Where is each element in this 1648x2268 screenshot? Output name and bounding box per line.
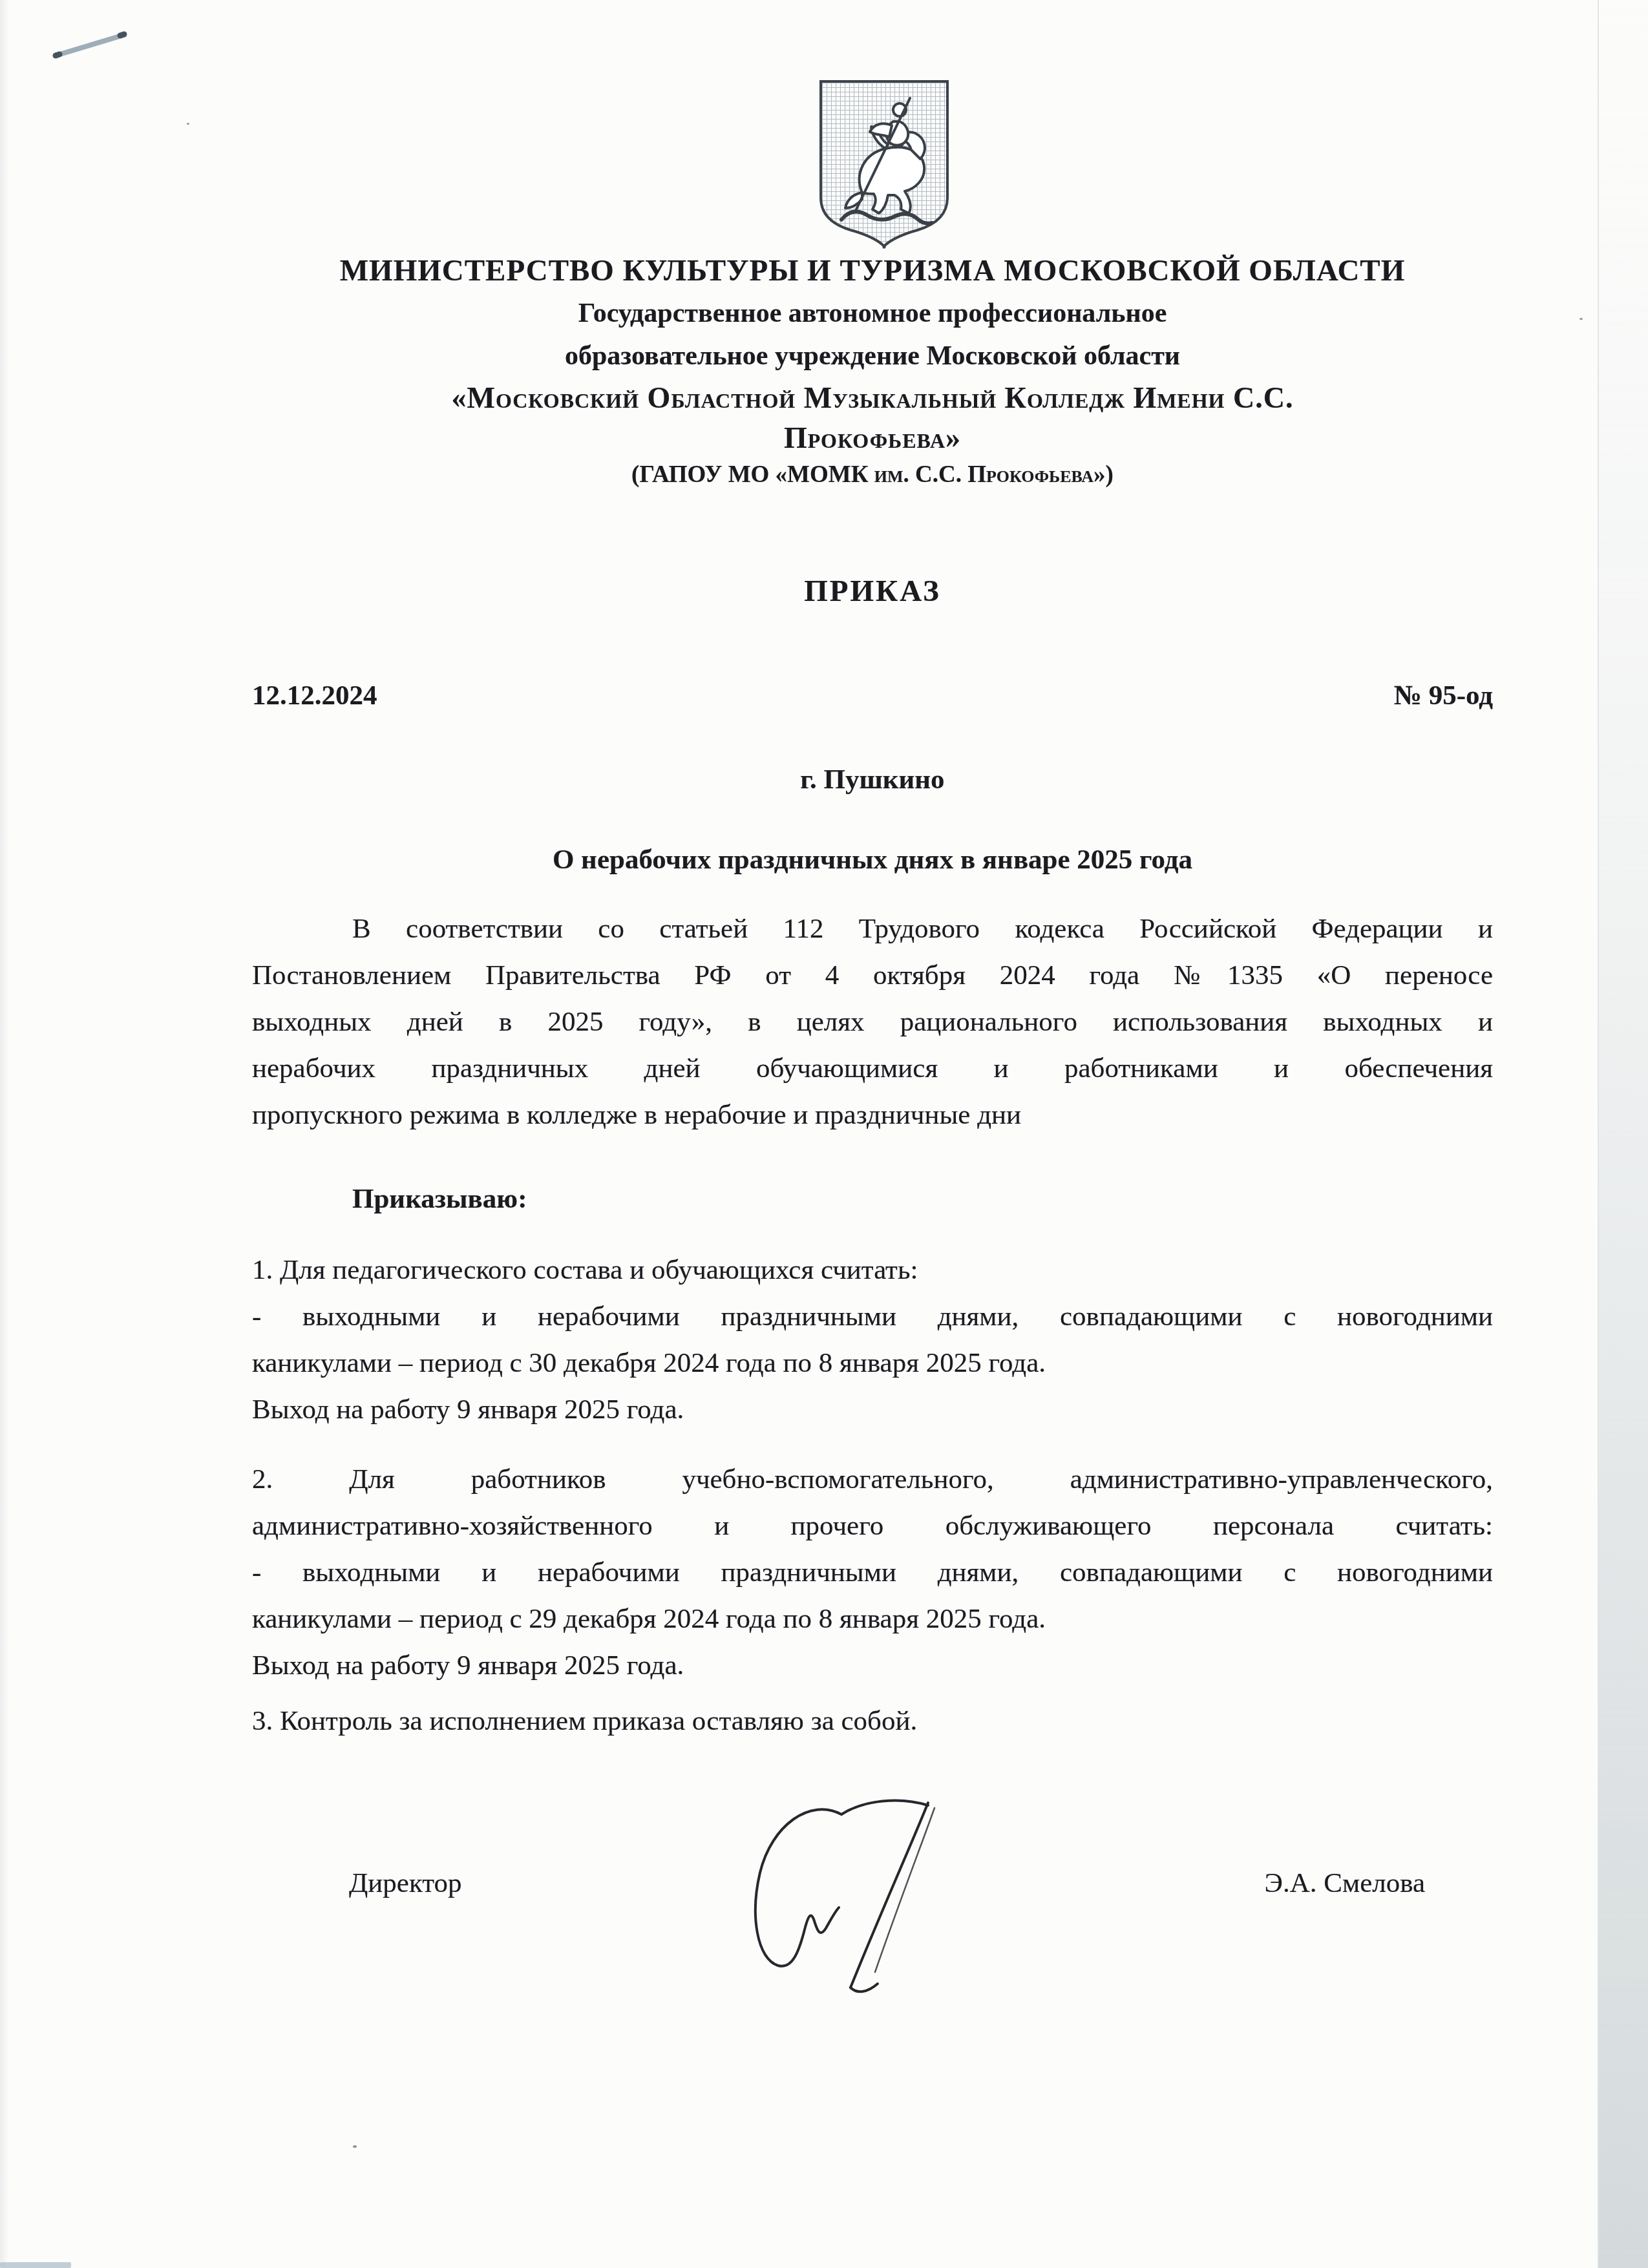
signer-role: Директор <box>252 1867 461 1899</box>
paragraph-line: - выходными и нерабочими праздничными дн… <box>252 1294 1493 1340</box>
paragraph-line: нерабочих праздничных дней обучающимися … <box>252 1045 1493 1092</box>
paragraph-line: 1. Для педагогического состава и обучающ… <box>252 1247 1493 1294</box>
scan-edge-bottom <box>0 2262 71 2268</box>
paragraph-line: Выход на работу 9 января 2025 года. <box>252 1643 1493 1689</box>
college-name-line2: Прокофьева» <box>252 421 1493 455</box>
paragraph-line: 2. Для работников учебно-вспомогательног… <box>252 1456 1493 1503</box>
coat-of-arms-icon <box>816 76 953 252</box>
scan-speck <box>353 2145 357 2148</box>
scanned-order-document: МИНИСТЕРСТВО КУЛЬТУРЫ И ТУРИЗМА МОСКОВСК… <box>0 0 1648 2268</box>
college-name-line1: «Московский Областной Музыкальный Коллед… <box>252 381 1493 415</box>
paragraph-line: выходных дней в 2025 году», в целях раци… <box>252 999 1493 1045</box>
opening-paragraph: В соответствии со статьей 112 Трудового … <box>252 906 1493 1139</box>
order-number: № 95-од <box>1394 680 1493 711</box>
paragraph-line: 3. Контроль за исполнением приказа остав… <box>252 1698 1493 1745</box>
paragraph-line: Выход на работу 9 января 2025 года. <box>252 1387 1493 1433</box>
order-kind-heading: ПРИКАЗ <box>252 574 1493 609</box>
resolution-word: Приказываю: <box>252 1176 1593 1223</box>
paragraph-line: административно-хозяйственного и прочего… <box>252 1503 1493 1549</box>
signer-name: Э.А. Смелова <box>1265 1867 1493 1899</box>
pen-scratch-icon <box>50 27 129 62</box>
scan-edge-left <box>0 0 9 2268</box>
scan-speck <box>1579 318 1583 320</box>
org-type-line2: образовательное учреждение Московской об… <box>252 341 1493 372</box>
order-subject: О нерабочих праздничных днях в январе 20… <box>252 844 1493 876</box>
paragraph-line: Постановлением Правительства РФ от 4 окт… <box>252 952 1493 999</box>
order-item-3: 3. Контроль за исполнением приказа остав… <box>252 1698 1493 1745</box>
org-type-line1: Государственное автономное профессиональ… <box>252 298 1493 329</box>
paragraph-line: пропускного режима в колледже в нерабочи… <box>252 1092 1493 1139</box>
order-date-number-row: 12.12.2024 № 95-од <box>252 680 1493 711</box>
ministry-title: МИНИСТЕРСТВО КУЛЬТУРЫ И ТУРИЗМА МОСКОВСК… <box>252 253 1493 288</box>
paragraph-line: каникулами – период с 30 декабря 2024 го… <box>252 1340 1493 1387</box>
order-place: г. Пушкино <box>252 764 1493 795</box>
order-date: 12.12.2024 <box>252 680 377 711</box>
paragraph-line: - выходными и нерабочими праздничными дн… <box>252 1549 1493 1596</box>
scan-edge-right <box>1598 0 1648 2268</box>
order-item-1: 1. Для педагогического состава и обучающ… <box>252 1247 1493 1433</box>
handwritten-signature-icon <box>730 1794 1015 2007</box>
scan-speck <box>187 123 189 125</box>
paragraph-line: В соответствии со статьей 112 Трудового … <box>252 906 1493 952</box>
paragraph-line: каникулами – период с 29 декабря 2024 го… <box>252 1596 1493 1643</box>
order-item-2: 2. Для работников учебно-вспомогательног… <box>252 1456 1493 1689</box>
college-abbreviation: (ГАПОУ МО «МОМК им. С.С. Прокофьева») <box>252 461 1493 488</box>
